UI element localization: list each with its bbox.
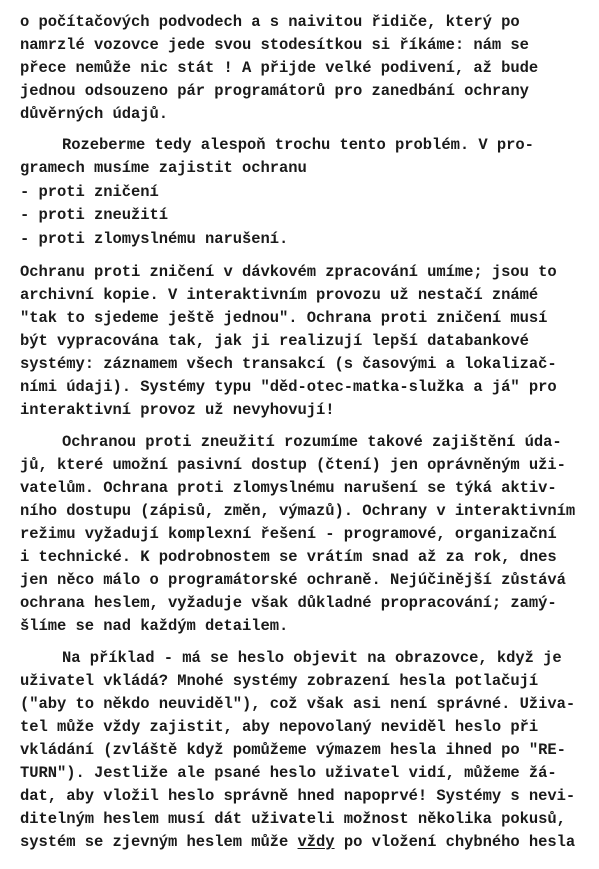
text-line: důvěrných údajů. bbox=[20, 104, 168, 124]
text-line: tel může vždy zajistit, aby nepovolaný n… bbox=[20, 717, 538, 737]
text-line: režimu vyžadují komplexní řešení - progr… bbox=[20, 524, 557, 544]
text-line: jů, které umožní pasivní dostup (čtení) … bbox=[20, 455, 566, 475]
text-line: vkládání (zvláště když pomůžeme výmazem … bbox=[20, 740, 566, 760]
text-line: archivní kopie. V interaktivním provozu … bbox=[20, 285, 538, 305]
text-line: namrzlé vozovce jede svou stodesítkou si… bbox=[20, 35, 529, 55]
text-line: být vypracována tak, jak ji realizují le… bbox=[20, 331, 529, 351]
text-line: Ochranou proti zneužití rozumíme takové … bbox=[62, 432, 562, 452]
text-line: přece nemůže nic stát ! A přijde velké p… bbox=[20, 58, 538, 78]
text-line: gramech musíme zajistit ochranu bbox=[20, 158, 307, 178]
text-line: dat, aby vložil heslo správně hned napop… bbox=[20, 786, 575, 806]
text-line: i technické. K podrobnostem se vrátím sn… bbox=[20, 547, 557, 567]
text-line: šlíme se nad každým detailem. bbox=[20, 616, 288, 636]
text-segment: po vložení chybného hesla bbox=[335, 833, 576, 851]
text-line: uživatel vkládá? Mnohé systémy zobrazení… bbox=[20, 671, 538, 691]
text-line: o počítačových podvodech a s naivitou ři… bbox=[20, 12, 520, 32]
text-line: vatelům. Ochrana proti zlomyslnému naruš… bbox=[20, 478, 557, 498]
text-line: Na příklad - má se heslo objevit na obra… bbox=[62, 648, 562, 668]
list-item: - proti zneužití bbox=[20, 205, 168, 225]
text-line: interaktivní provoz už nevyhovují! bbox=[20, 400, 335, 420]
text-line: "tak to sjedeme ještě jednou". Ochrana p… bbox=[20, 308, 547, 328]
underlined-word: vždy bbox=[298, 833, 335, 851]
text-line: ními údaji). Systémy typu "děd-otec-matk… bbox=[20, 377, 557, 397]
typewritten-page: o počítačových podvodech a s naivitou ři… bbox=[0, 0, 599, 869]
text-line: ("aby to někdo neuviděl"), což však asi … bbox=[20, 694, 575, 714]
text-line: Ochranu proti zničení v dávkovém zpracov… bbox=[20, 262, 557, 282]
text-line: TURN"). Jestliže ale psané heslo uživate… bbox=[20, 763, 557, 783]
text-line: jednou odsouzeno pár programátorů pro za… bbox=[20, 81, 529, 101]
text-line: ochrana heslem, vyžaduje však důkladné p… bbox=[20, 593, 557, 613]
text-line: systémy: záznamem všech transakcí (s čas… bbox=[20, 354, 557, 374]
text-line: jen něco málo o programátorské ochraně. … bbox=[20, 570, 566, 590]
list-item: - proti zlomyslnému narušení. bbox=[20, 229, 288, 249]
text-segment: systém se zjevným heslem může bbox=[20, 833, 298, 851]
text-line: Rozeberme tedy alespoň trochu tento prob… bbox=[62, 135, 534, 155]
text-line-last: systém se zjevným heslem může vždy po vl… bbox=[20, 832, 575, 852]
text-line: ditelným heslem musí dát uživateli možno… bbox=[20, 809, 566, 829]
text-line: ního dostupu (zápisů, změn, výmazů). Och… bbox=[20, 501, 575, 521]
list-item: - proti zničení bbox=[20, 182, 159, 202]
